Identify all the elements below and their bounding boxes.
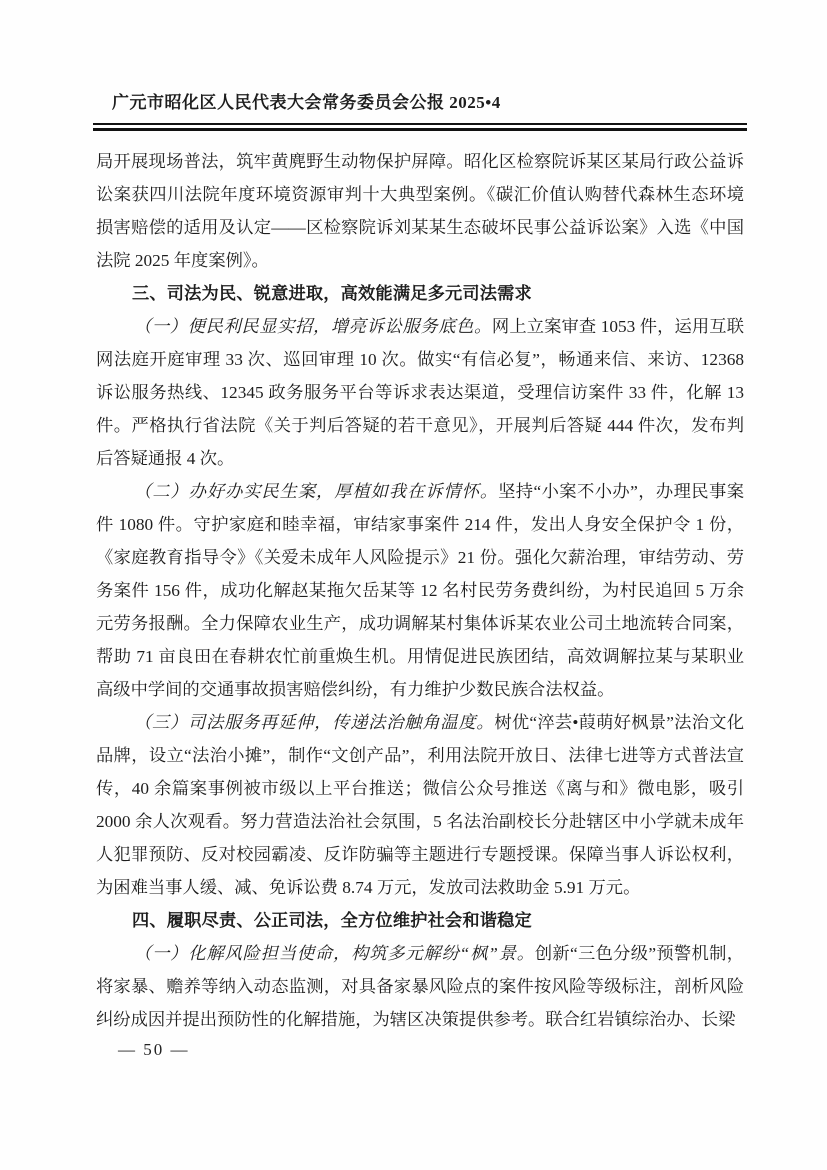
- document-body: 局开展现场普法，筑牢黄麂野生动物保护屏障。昭化区检察院诉某区某局行政公益诉讼案获…: [96, 145, 744, 1036]
- paragraph-continued: 局开展现场普法，筑牢黄麂野生动物保护屏障。昭化区检察院诉某区某局行政公益诉讼案获…: [96, 145, 744, 277]
- bulletin-header-title: 广元市昭化区人民代表大会常务委员会公报 2025•4: [96, 90, 744, 116]
- paragraph-3-3: （三）司法服务再延伸，传递法治触角温度。树优“淬芸•葭萌好枫景”法治文化品牌，设…: [96, 706, 744, 904]
- section-heading-4: 四、履职尽责、公正司法，全方位维护社会和谐稳定: [96, 904, 744, 937]
- paragraph-3-2-text: 坚持“小案不小办”，办理民事案件 1080 件。守护家庭和睦幸福，审结家事案件 …: [96, 482, 744, 699]
- paragraph-3-1-lead: （一）便民利民显实招，增亮诉讼服务底色。: [134, 317, 492, 336]
- section-heading-3: 三、司法为民、锐意进取，高效能满足多元司法需求: [96, 277, 744, 310]
- page-number: — 50 —: [118, 1040, 190, 1060]
- paragraph-3-3-lead: （三）司法服务再延伸，传递法治触角温度。: [134, 713, 494, 732]
- paragraph-3-1-text: 网上立案审查 1053 件，运用互联网法庭开庭审理 33 次、巡回审理 10 次…: [96, 317, 744, 468]
- paragraph-4-1-lead: （一）化解风险担当使命，构筑多元解纷“枫”景。: [134, 944, 535, 963]
- paragraph-3-3-text: 树优“淬芸•葭萌好枫景”法治文化品牌，设立“法治小摊”，制作“文创产品”，利用法…: [96, 713, 744, 897]
- paragraph-3-2: （二）办好办实民生案，厚植如我在诉情怀。坚持“小案不小办”，办理民事案件 108…: [96, 475, 744, 706]
- document-page: 广元市昭化区人民代表大会常务委员会公报 2025•4 局开展现场普法，筑牢黄麂野…: [0, 0, 827, 1170]
- paragraph-4-1: （一）化解风险担当使命，构筑多元解纷“枫”景。创新“三色分级”预警机制，将家暴、…: [96, 937, 744, 1036]
- page-content: 广元市昭化区人民代表大会常务委员会公报 2025•4 局开展现场普法，筑牢黄麂野…: [96, 90, 744, 1036]
- header-double-rule: [93, 123, 747, 131]
- paragraph-3-2-lead: （二）办好办实民生案，厚植如我在诉情怀。: [134, 482, 498, 501]
- paragraph-3-1: （一）便民利民显实招，增亮诉讼服务底色。网上立案审查 1053 件，运用互联网法…: [96, 310, 744, 475]
